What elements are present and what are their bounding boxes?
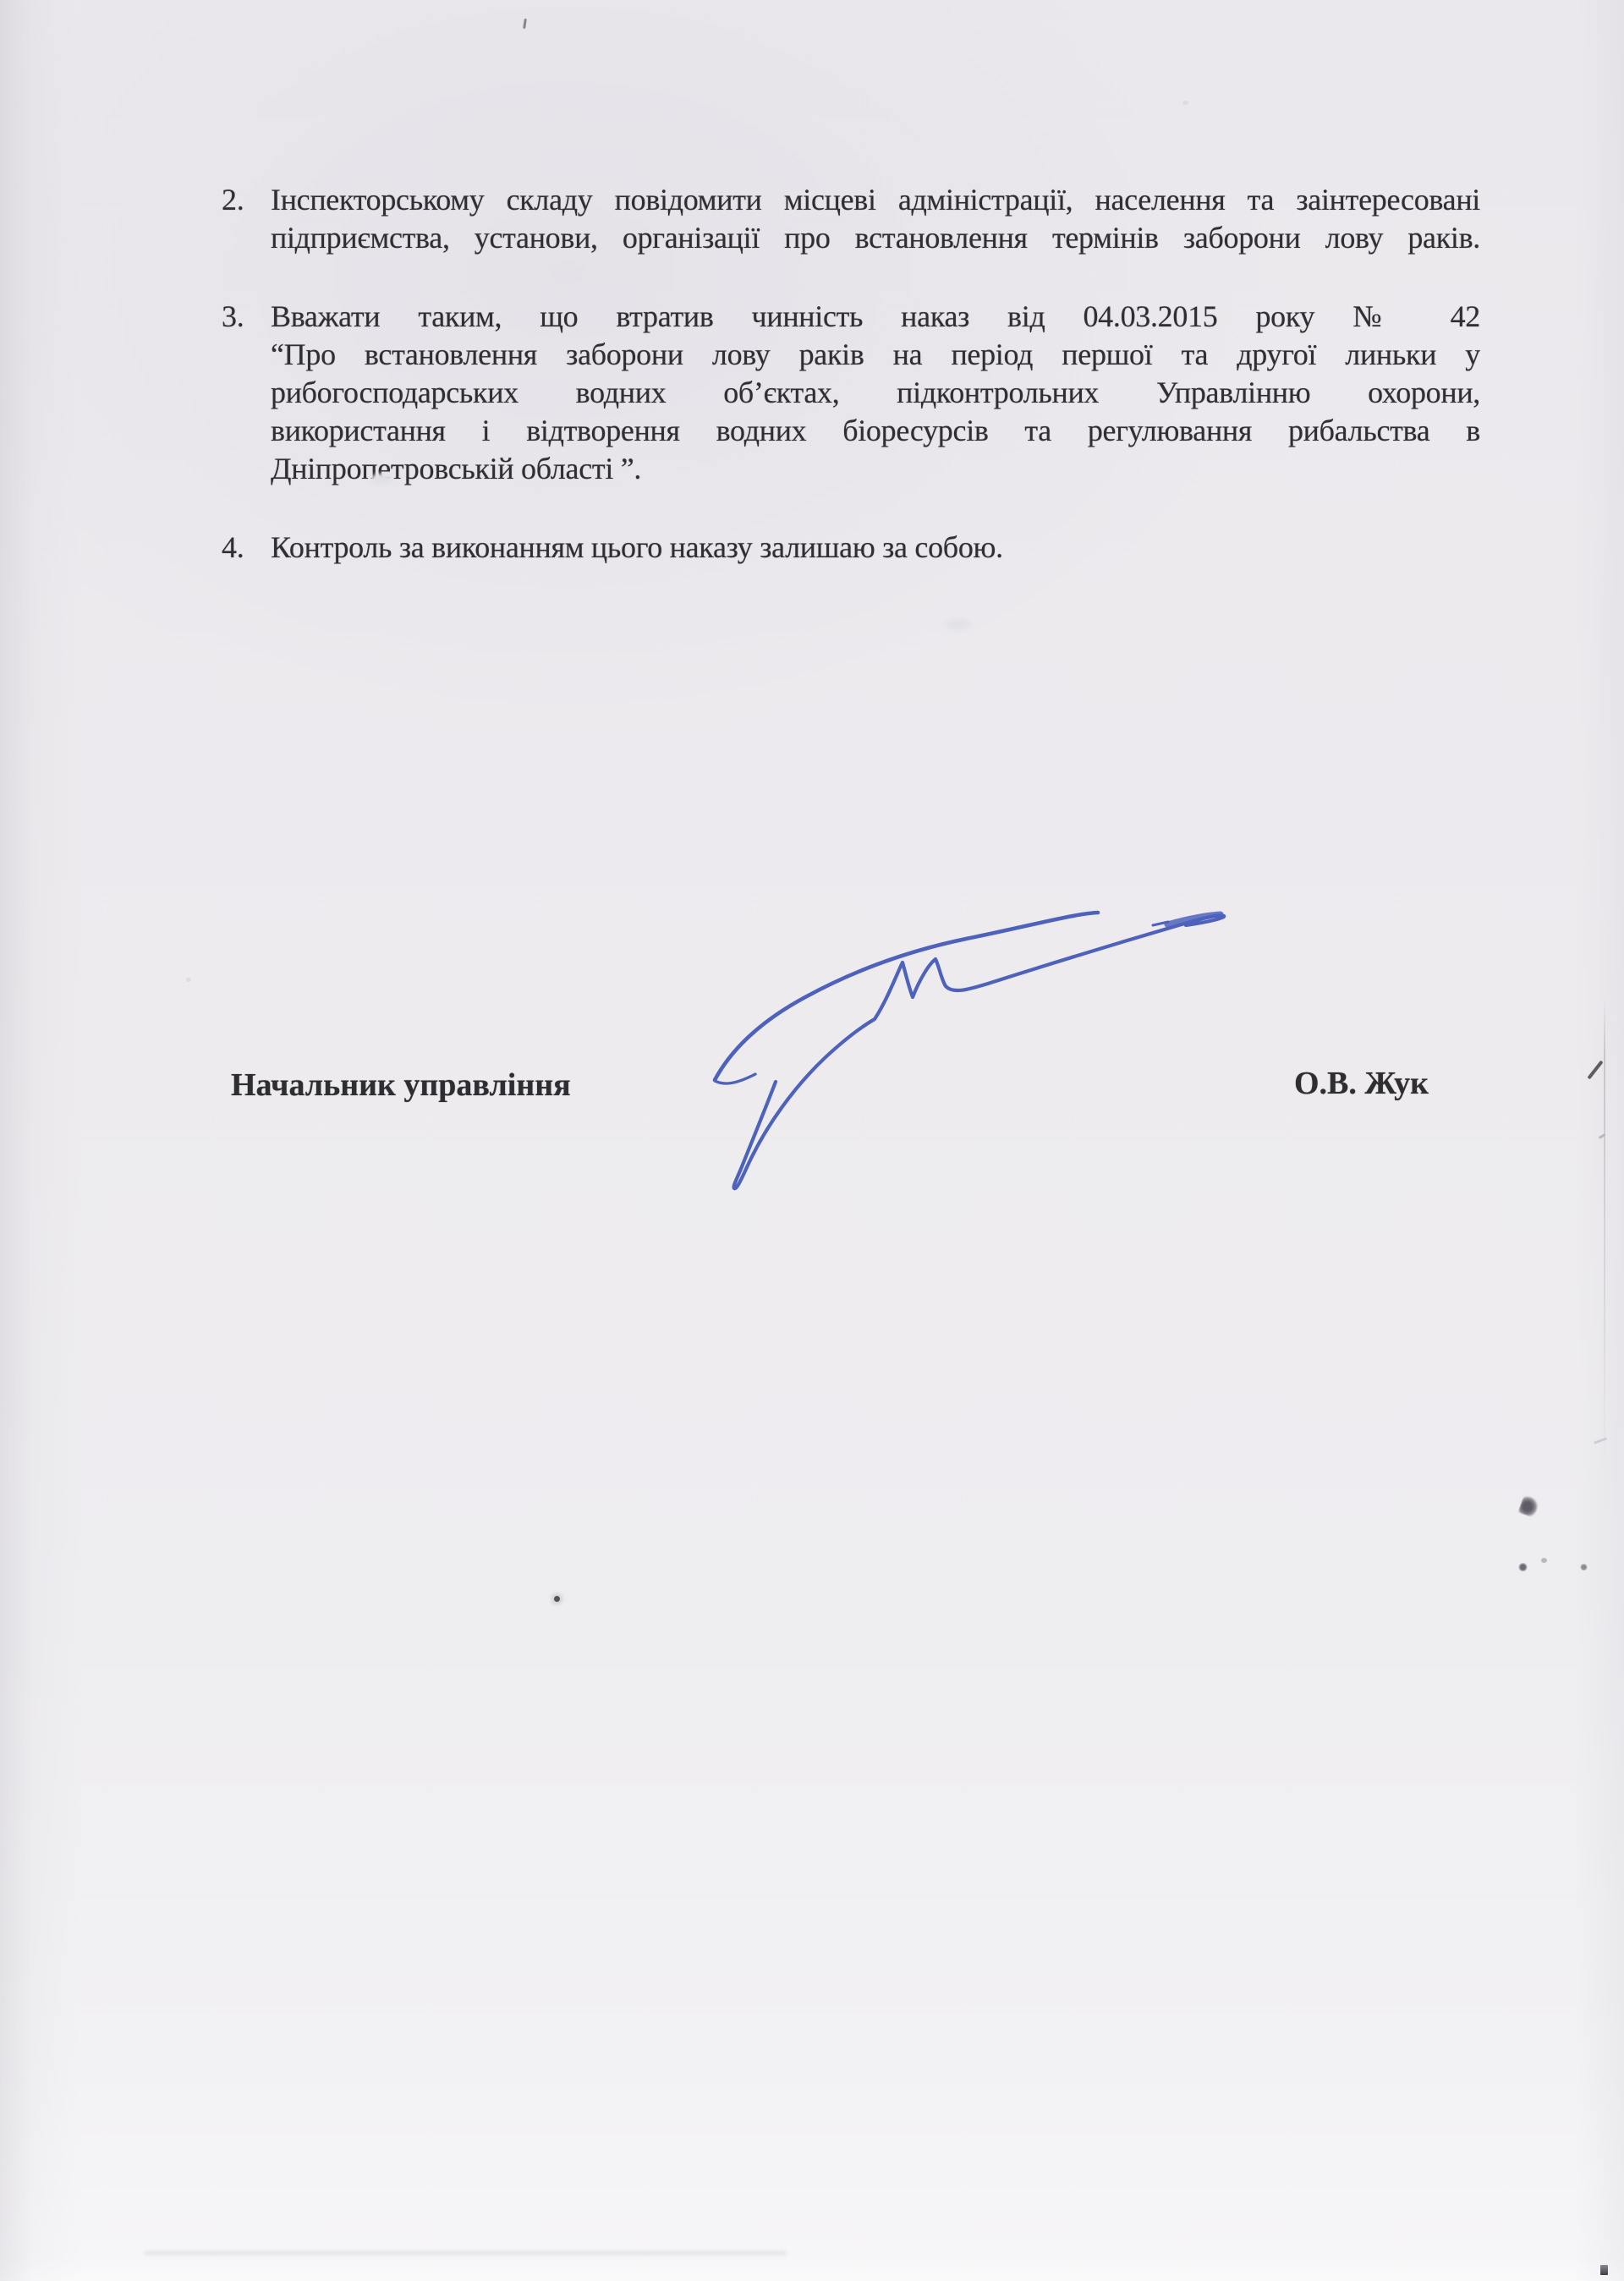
item-number: 3. bbox=[222, 298, 271, 488]
scan-artifact-blob bbox=[1518, 1494, 1540, 1518]
text-line: рибогосподарських водних об’єктах, підко… bbox=[271, 374, 1480, 412]
text-line: Дніпропетровській області ”. bbox=[271, 450, 1480, 488]
scan-artifact-pen-slash bbox=[1587, 1061, 1603, 1080]
scanned-document-page: 2.Інспекторському складу повідомити місц… bbox=[0, 0, 1624, 2281]
text-line: Контроль за виконанням цього наказу зали… bbox=[271, 529, 1480, 567]
scan-artifact-dot bbox=[186, 978, 191, 982]
scan-artifact-smudge bbox=[370, 474, 392, 485]
text-line: “Про встановлення заборони лову раків на… bbox=[271, 336, 1480, 374]
order-item: 2.Інспекторському складу повідомити місц… bbox=[222, 181, 1480, 257]
scan-artifact-dot bbox=[1580, 1564, 1588, 1571]
text-line: Вважати таким, що втратив чинність наказ… bbox=[271, 298, 1480, 336]
text-line: Інспекторському складу повідомити місцев… bbox=[271, 181, 1480, 219]
order-item: 4.Контроль за виконанням цього наказу за… bbox=[222, 529, 1480, 567]
scan-artifact-mark bbox=[1600, 2265, 1608, 2275]
text-line: використання і відтворення водних біорес… bbox=[271, 412, 1480, 450]
text-line: підприємства, установи, організації про … bbox=[271, 219, 1480, 257]
position-title: Начальник управління bbox=[231, 1066, 571, 1105]
order-items-list: 2.Інспекторському складу повідомити місц… bbox=[222, 181, 1480, 607]
item-number: 4. bbox=[222, 529, 271, 567]
scan-artifact-dot bbox=[1541, 1558, 1547, 1563]
scan-artifact-wisp bbox=[144, 2251, 787, 2255]
scan-artifact-tick bbox=[523, 19, 527, 29]
order-item: 3.Вважати таким, що втратив чинність нак… bbox=[222, 298, 1480, 488]
scan-artifact-smudge bbox=[946, 618, 971, 630]
scan-artifact-speck bbox=[1182, 101, 1188, 105]
scan-artifact-edge-crease bbox=[1604, 998, 1605, 1472]
item-number: 2. bbox=[222, 181, 271, 257]
scan-artifact-dot bbox=[554, 1596, 560, 1602]
scan-artifact-dot bbox=[1518, 1563, 1528, 1571]
signer-name: О.В. Жук bbox=[1294, 1064, 1429, 1103]
